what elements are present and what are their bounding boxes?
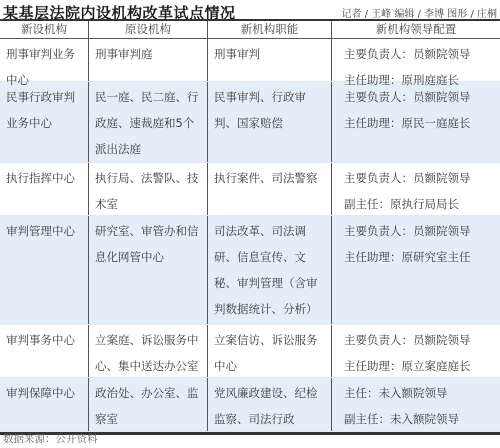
- cell-leaders-line: 主任助理：原立案庭庭长: [344, 353, 494, 379]
- cell-new-org-line: 审判事务中心: [6, 327, 82, 353]
- cell-new-org: 民事行政审判业务中心: [0, 82, 88, 162]
- cell-function-line: 党风廉政建设、纪检: [214, 380, 325, 406]
- byline: 记者 / 王峰 编辑 / 李博 图形 / 庄桐: [341, 5, 497, 20]
- cell-leaders-line: 副主任：原执行局局长: [344, 191, 494, 217]
- cell-leaders: 主要负责人：员额院领导主任助理：原民一庭庭长: [331, 82, 500, 162]
- table-row: 审判保障中心政治处、办公室、监察室党风廉政建设、纪检监察、司法行政主任：未入额院…: [0, 378, 500, 432]
- cell-old-org-line: 民一庭、民二庭、行: [95, 84, 201, 110]
- cell-old-org-line: 执行局、法警队、技: [95, 165, 201, 191]
- cell-leaders-line: 副主任：未入额院领导: [344, 406, 494, 432]
- cell-leaders-line: 主要负责人：员额院领导: [344, 84, 494, 110]
- cell-function-line: 研、信息宣传、文: [214, 244, 325, 270]
- table-row: 刑事审判业务中心刑事审判庭刑事审判主要负责人：员额院领导主任助理：原刑庭庭长: [0, 39, 500, 82]
- cell-old-org-line: 刑事审判庭: [95, 41, 201, 67]
- cell-function-line: 立案信访、诉讼服务: [214, 327, 325, 353]
- cell-leaders-line: 主任助理：原研究室主任: [344, 244, 494, 270]
- cell-new-org: 刑事审判业务中心: [0, 39, 88, 81]
- cell-leaders-line: 主要负责人：员额院领导: [344, 165, 494, 191]
- table-row: 审判管理中心研究室、审管办和信息化网管中心司法改革、司法调研、信息宣传、文秘、审…: [0, 216, 500, 325]
- cell-new-org-line: 审判保障中心: [6, 380, 82, 406]
- cell-new-org-line: 刑事审判业务: [6, 41, 82, 67]
- cell-old-org: 民一庭、民二庭、行政庭、速裁庭和5个派出法庭: [88, 82, 207, 162]
- header-new-org: 新设机构: [0, 21, 88, 38]
- cell-old-org-line: 立案庭、诉讼服务中: [95, 327, 201, 353]
- table-body: 刑事审判业务中心刑事审判庭刑事审判主要负责人：员额院领导主任助理：原刑庭庭长民事…: [0, 39, 500, 432]
- cell-old-org: 立案庭、诉讼服务中心、集中送达办公室: [88, 325, 207, 377]
- cell-function-line: 司法改革、司法调: [214, 218, 325, 244]
- cell-new-org-line: 审判管理中心: [6, 218, 82, 244]
- table-row: 审判事务中心立案庭、诉讼服务中心、集中送达办公室立案信访、诉讼服务中心主要负责人…: [0, 325, 500, 378]
- cell-function: 司法改革、司法调研、信息宣传、文秘、审判管理（含审判数据统计、分析）: [207, 216, 331, 324]
- cell-leaders: 主要负责人：员额院领导副主任：原执行局局长: [331, 163, 500, 215]
- cell-leaders: 主要负责人：员额院领导主任助理：原立案庭庭长: [331, 325, 500, 377]
- cell-new-org-line: 执行指挥中心: [6, 165, 82, 191]
- cell-function: 立案信访、诉讼服务中心: [207, 325, 331, 377]
- cell-leaders: 主要负责人：员额院领导主任助理：原刑庭庭长: [331, 39, 500, 81]
- table-header-row: 新设机构 原设机构 新机构职能 新机构领导配置: [0, 21, 500, 39]
- header-leaders: 新机构领导配置: [331, 21, 500, 38]
- cell-function-line: 监察、司法行政: [214, 406, 325, 432]
- cell-old-org-line: 研究室、审管办和信: [95, 218, 201, 244]
- cell-function-line: 刑事审判: [214, 41, 325, 67]
- cell-function-line: 中心: [214, 353, 325, 379]
- cell-function-line: 执行案件、司法警察: [214, 165, 325, 191]
- cell-old-org: 刑事审判庭: [88, 39, 207, 81]
- cell-new-org: 审判保障中心: [0, 378, 88, 431]
- cell-old-org-line: 派出法庭: [95, 136, 201, 162]
- cell-function-line: 民事审判、行政审: [214, 84, 325, 110]
- cell-new-org: 审判事务中心: [0, 325, 88, 377]
- cell-old-org: 执行局、法警队、技术室: [88, 163, 207, 215]
- cell-old-org: 政治处、办公室、监察室: [88, 378, 207, 431]
- cell-leaders-line: 主要负责人：员额院领导: [344, 327, 494, 353]
- cell-leaders: 主任：未入额院领导副主任：未入额院领导: [331, 378, 500, 431]
- cell-function: 执行案件、司法警察: [207, 163, 331, 215]
- cell-old-org-line: 政治处、办公室、监: [95, 380, 201, 406]
- cell-function: 刑事审判: [207, 39, 331, 81]
- cell-new-org: 执行指挥中心: [0, 163, 88, 215]
- cell-leaders-line: 主任：未入额院领导: [344, 380, 494, 406]
- cell-old-org-line: 心、集中送达办公室: [95, 353, 201, 379]
- cell-leaders-line: 主要负责人：员额院领导: [344, 218, 494, 244]
- header-old-org: 原设机构: [88, 21, 207, 38]
- cell-old-org-line: 术室: [95, 191, 201, 217]
- cell-function-line: 秘、审判管理（含审: [214, 270, 325, 296]
- cell-leaders: 主要负责人：员额院领导主任助理：原研究室主任: [331, 216, 500, 324]
- data-source-note: 数据来源：公开资料: [3, 431, 98, 446]
- cell-new-org: 审判管理中心: [0, 216, 88, 324]
- table-row: 民事行政审判业务中心民一庭、民二庭、行政庭、速裁庭和5个派出法庭民事审判、行政审…: [0, 82, 500, 163]
- cell-leaders-line: 主任助理：原民一庭庭长: [344, 110, 494, 136]
- table-row: 执行指挥中心执行局、法警队、技术室执行案件、司法警察主要负责人：员额院领导副主任…: [0, 163, 500, 216]
- cell-function-line: 判数据统计、分析）: [214, 296, 325, 322]
- cell-old-org-line: 政庭、速裁庭和5个: [95, 110, 201, 136]
- cell-old-org: 研究室、审管办和信息化网管中心: [88, 216, 207, 324]
- cell-function: 民事审判、行政审判、国家赔偿: [207, 82, 331, 162]
- cell-function-line: 判、国家赔偿: [214, 110, 325, 136]
- cell-old-org-line: 息化网管中心: [95, 244, 201, 270]
- cell-old-org-line: 察室: [95, 406, 201, 432]
- cell-new-org-line: 民事行政审判: [6, 84, 82, 110]
- cell-new-org-line: 业务中心: [6, 110, 82, 136]
- header-function: 新机构职能: [207, 21, 331, 38]
- cell-function: 党风廉政建设、纪检监察、司法行政: [207, 378, 331, 431]
- cell-leaders-line: 主要负责人：员额院领导: [344, 41, 494, 67]
- reform-table: 新设机构 原设机构 新机构职能 新机构领导配置 刑事审判业务中心刑事审判庭刑事审…: [0, 19, 500, 435]
